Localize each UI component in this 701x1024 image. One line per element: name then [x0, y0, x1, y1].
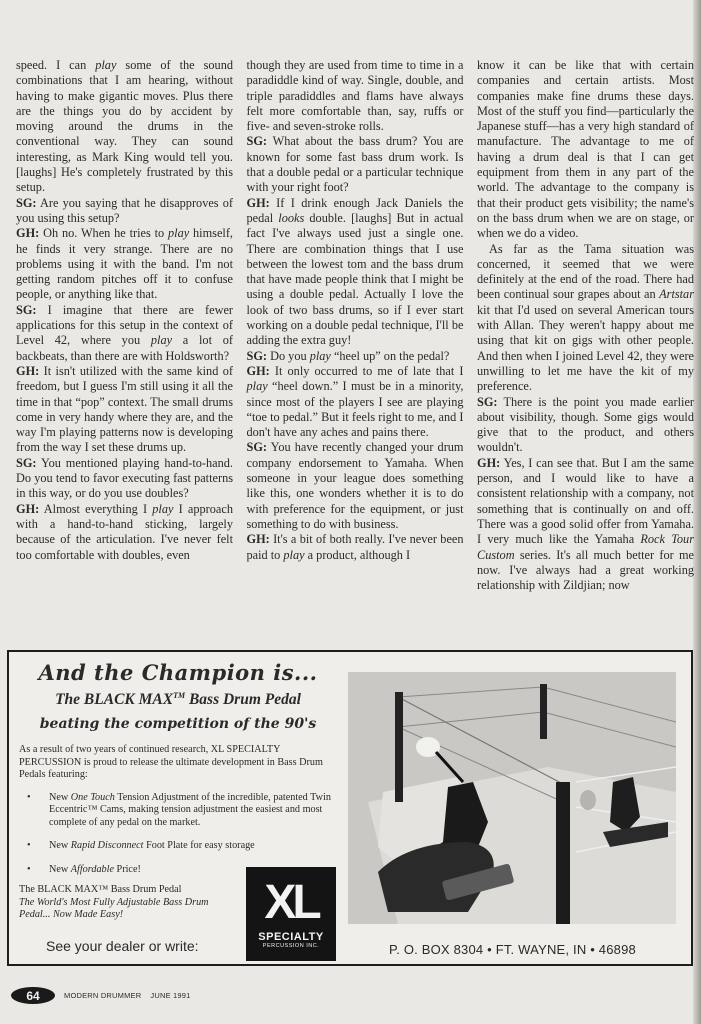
product-name-text: The BLACK MAX	[55, 691, 173, 708]
magazine-name: MODERN DRUMMER	[64, 991, 141, 1000]
feature-text: Price!	[114, 864, 141, 875]
feature-emphasis: One Touch	[71, 792, 115, 803]
paragraph-text: It's a bit of both really. I've never be…	[247, 532, 464, 561]
page-footer: 64 MODERN DRUMMERJUNE 1991	[11, 987, 191, 1004]
speaker-label: GH:	[247, 196, 270, 210]
article-column-3: know it can be like that with certain co…	[477, 58, 694, 618]
article-paragraph: GH: It only occurred to me of late that …	[247, 364, 464, 440]
paragraph-text: though they are used from time to time i…	[247, 58, 464, 133]
ad-product-name: The BLACK MAXTM Bass Drum Pedal	[19, 691, 337, 709]
article-paragraph: SG: Do you play “heel up” on the pedal?	[247, 349, 464, 364]
bullet-icon: •	[27, 840, 31, 853]
article-column-1: speed. I can play some of the sound comb…	[16, 58, 233, 618]
feature-text: Foot Plate for easy storage	[144, 840, 255, 851]
speaker-label: GH:	[247, 532, 270, 546]
article-paragraph: GH: Yes, I can see that. But I am the sa…	[477, 456, 694, 594]
ad-intro: As a result of two years of continued re…	[19, 744, 337, 782]
paragraph-text: Are you saying that he disapproves of yo…	[16, 196, 233, 225]
product-photo-boxing-ring	[348, 672, 676, 924]
bullet-icon: •	[27, 864, 31, 877]
bullet-icon: •	[27, 792, 31, 805]
paragraph-text: You have recently changed your drum comp…	[247, 440, 464, 530]
trademark-mark: TM	[173, 691, 185, 700]
summary-title: The BLACK MAX™ Bass Drum Pedal	[19, 884, 239, 897]
page-number-badge: 64	[11, 987, 55, 1004]
feature-prefix: New	[49, 792, 71, 803]
paragraph-text: know it can be like that with certain co…	[477, 58, 694, 240]
feature-item: •New One Touch Tension Adjustment of the…	[19, 792, 337, 830]
article-paragraph: speed. I can play some of the sound comb…	[16, 58, 233, 196]
logo-line1: SPECIALTY	[246, 931, 336, 943]
paragraph-text: Almost everything I play I approach with…	[16, 502, 233, 562]
feature-prefix: New	[49, 840, 71, 851]
speaker-label: SG:	[477, 395, 498, 409]
article-paragraph: SG: I imagine that there are fewer appli…	[16, 303, 233, 364]
product-suffix-text: Bass Drum Pedal	[185, 691, 301, 708]
paragraph-text: I imagine that there are fewer applicati…	[16, 303, 233, 363]
article-paragraph: SG: You mentioned playing hand-to-hand. …	[16, 456, 233, 502]
speaker-label: SG:	[16, 303, 37, 317]
feature-emphasis: Affordable	[71, 864, 114, 875]
xl-specialty-logo: XL SPECIALTY PERCUSSION INC.	[246, 867, 336, 961]
article-paragraph: SG: Are you saying that he disapproves o…	[16, 196, 233, 227]
article-paragraph: though they are used from time to time i…	[247, 58, 464, 134]
logo-mark: XL	[246, 877, 336, 929]
page-edge-shadow	[693, 0, 701, 1024]
article-paragraph: As far as the Tama situation was concern…	[477, 242, 694, 395]
article-body: speed. I can play some of the sound comb…	[16, 58, 694, 618]
article-paragraph: GH: It's a bit of both really. I've neve…	[247, 532, 464, 563]
paragraph-text: What about the bass drum? You are known …	[247, 134, 464, 194]
feature-prefix: New	[49, 864, 71, 875]
paragraph-text: It isn't utilized with the same kind of …	[16, 364, 233, 454]
feature-item: •New Rapid Disconnect Foot Plate for eas…	[19, 840, 337, 853]
logo-line2: PERCUSSION INC.	[246, 943, 336, 949]
ad-tagline: beating the competition of the 90's	[19, 716, 337, 732]
article-paragraph: GH: Almost everything I play I approach …	[16, 502, 233, 563]
paragraph-text: You mentioned playing hand-to-hand. Do y…	[16, 456, 233, 501]
paragraph-text: It only occurred to me of late that I pl…	[247, 364, 464, 439]
article-paragraph: GH: It isn't utilized with the same kind…	[16, 364, 233, 456]
paragraph-text: Do you play “heel up” on the pedal?	[270, 349, 449, 363]
article-paragraph: SG: You have recently changed your drum …	[247, 440, 464, 532]
article-column-2: though they are used from time to time i…	[247, 58, 464, 618]
speaker-label: SG:	[16, 196, 37, 210]
speaker-label: GH:	[16, 226, 39, 240]
footer-masthead: MODERN DRUMMERJUNE 1991	[64, 991, 191, 1000]
article-paragraph: GH: If I drink enough Jack Daniels the p…	[247, 196, 464, 349]
paragraph-text: Yes, I can see that. But I am the same p…	[477, 456, 694, 592]
speaker-label: SG:	[16, 456, 37, 470]
speaker-label: GH:	[16, 364, 39, 378]
summary-slogan: The World's Most Fully Adjustable Bass D…	[19, 897, 209, 921]
article-paragraph: SG: What about the bass drum? You are kn…	[247, 134, 464, 195]
advertisement-black-max: And the Champion is... The BLACK MAXTM B…	[7, 650, 693, 966]
issue-date: JUNE 1991	[150, 991, 190, 1000]
paragraph-text: Oh no. When he tries to play himself, he…	[16, 226, 233, 301]
paragraph-text: As far as the Tama situation was concern…	[477, 242, 694, 394]
paragraph-text: speed. I can play some of the sound comb…	[16, 58, 233, 194]
speaker-label: GH:	[247, 364, 270, 378]
speaker-label: GH:	[16, 502, 39, 516]
speaker-label: GH:	[477, 456, 500, 470]
speaker-label: SG:	[247, 440, 268, 454]
ad-feature-list: •New One Touch Tension Adjustment of the…	[19, 792, 337, 877]
speaker-label: SG:	[247, 349, 268, 363]
article-paragraph: SG: There is the point you made earlier …	[477, 395, 694, 456]
feature-emphasis: Rapid Disconnect	[71, 840, 144, 851]
ad-headline: And the Champion is...	[19, 660, 337, 685]
ad-call-to-action: See your dealer or write:	[46, 938, 199, 954]
paragraph-text: If I drink enough Jack Daniels the pedal…	[247, 196, 464, 348]
speaker-label: SG:	[247, 134, 268, 148]
boxing-ring-illustration	[348, 672, 676, 924]
article-paragraph: know it can be like that with certain co…	[477, 58, 694, 242]
ad-summary: The BLACK MAX™ Bass Drum Pedal The World…	[19, 884, 239, 922]
ad-mailing-address: P. O. BOX 8304 • FT. WAYNE, IN • 46898	[389, 942, 636, 957]
paragraph-text: There is the point you made earlier abou…	[477, 395, 694, 455]
article-paragraph: GH: Oh no. When he tries to play himself…	[16, 226, 233, 302]
